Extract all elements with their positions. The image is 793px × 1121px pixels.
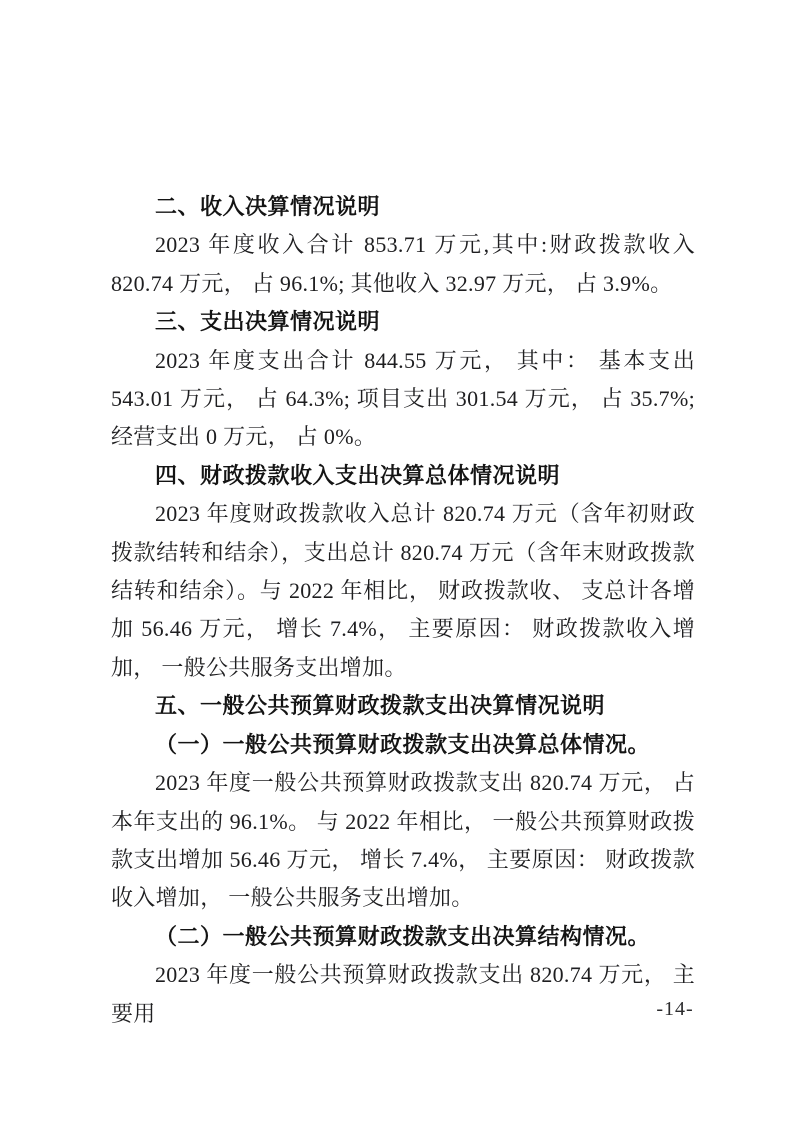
subheading-public-budget-overall: （一）一般公共预算财政拨款支出决算总体情况。 — [111, 726, 695, 764]
subheading-public-budget-structure: （二）一般公共预算财政拨款支出决算结构情况。 — [111, 918, 695, 956]
paragraph-revenue-summary: 2023 年度收入合计 853.71 万元,其中:财政拨款收入 820.74 万… — [111, 226, 695, 303]
document-body: 二、收入决算情况说明 2023 年度收入合计 853.71 万元,其中:财政拨款… — [111, 188, 695, 1033]
section-heading-public-budget: 五、一般公共预算财政拨款支出决算情况说明 — [111, 687, 695, 725]
section-heading-fiscal-overall: 四、财政拨款收入支出决算总体情况说明 — [111, 457, 695, 495]
section-heading-revenue: 二、收入决算情况说明 — [111, 188, 695, 226]
paragraph-public-budget-structure: 2023 年度一般公共预算财政拨款支出 820.74 万元， 主要用 — [111, 956, 695, 1033]
paragraph-public-budget-overall: 2023 年度一般公共预算财政拨款支出 820.74 万元， 占本年支出的 96… — [111, 764, 695, 918]
paragraph-fiscal-overall: 2023 年度财政拨款收入总计 820.74 万元（含年初财政拨款结转和结余），… — [111, 495, 695, 687]
document-page: 二、收入决算情况说明 2023 年度收入合计 853.71 万元,其中:财政拨款… — [0, 0, 793, 1121]
paragraph-expenditure-summary: 2023 年度支出合计 844.55 万元， 其中： 基本支出 543.01 万… — [111, 342, 695, 457]
page-number: -14- — [645, 998, 705, 1021]
section-heading-expenditure: 三、支出决算情况说明 — [111, 303, 695, 341]
